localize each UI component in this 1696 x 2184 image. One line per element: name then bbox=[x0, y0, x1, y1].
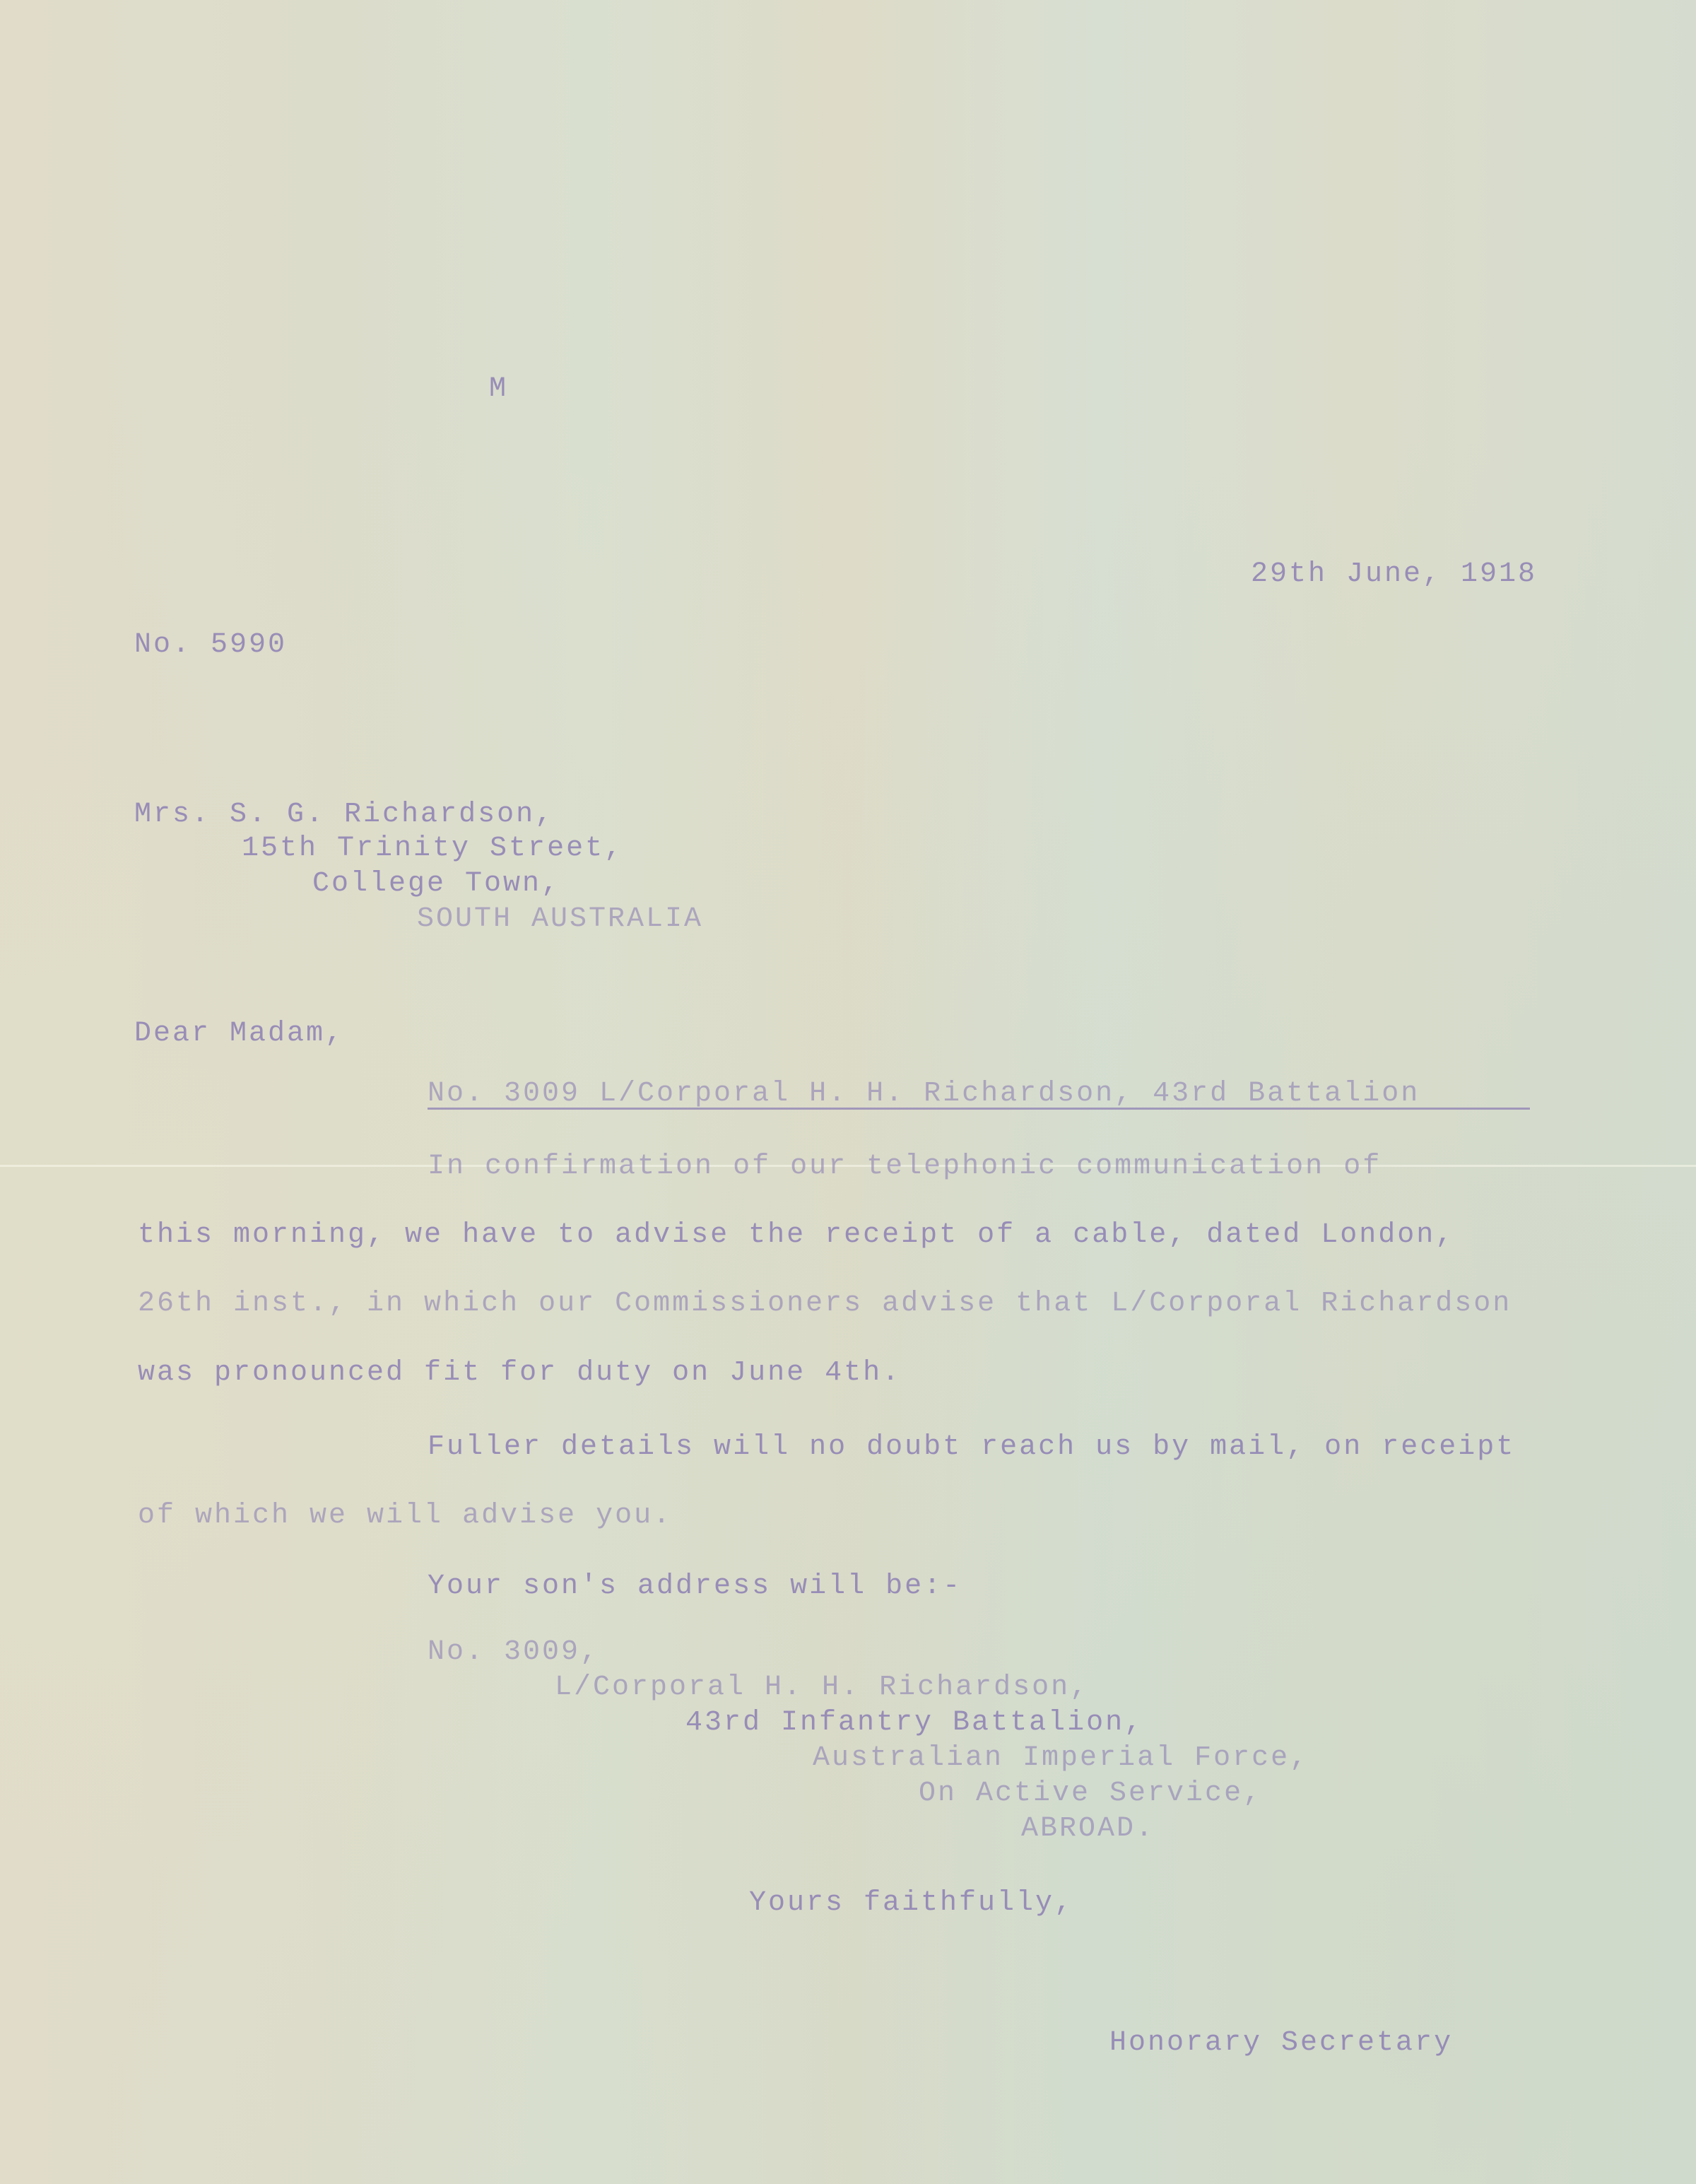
body-line: of which we will advise you. bbox=[138, 1500, 672, 1532]
recipient-name: Mrs. S. G. Richardson, bbox=[134, 799, 554, 830]
body-line: was pronounced fit for duty on June 4th. bbox=[138, 1357, 901, 1389]
recipient-town: College Town, bbox=[312, 868, 560, 900]
soldier-unit: 43rd Infantry Battalion, bbox=[685, 1707, 1143, 1739]
soldier-location: ABROAD. bbox=[1021, 1813, 1155, 1845]
letter-date: 29th June, 1918 bbox=[1251, 558, 1537, 590]
body-line: this morning, we have to advise the rece… bbox=[138, 1219, 1454, 1251]
reference-number: No. 5990 bbox=[134, 629, 287, 661]
body-line: 26th inst., in which our Commissioners a… bbox=[138, 1288, 1512, 1320]
closing: Yours faithfully, bbox=[749, 1887, 1073, 1919]
subject-underline bbox=[428, 1108, 1530, 1110]
soldier-service: On Active Service, bbox=[919, 1778, 1262, 1809]
file-mark: M bbox=[489, 373, 508, 405]
body-line: Fuller details will no doubt reach us by… bbox=[428, 1431, 1515, 1463]
subject-line: No. 3009 L/Corporal H. H. Richardson, 43… bbox=[428, 1078, 1420, 1110]
soldier-name: L/Corporal H. H. Richardson, bbox=[555, 1672, 1089, 1703]
soldier-number: No. 3009, bbox=[428, 1636, 599, 1668]
letter-page: M 29th June, 1918 No. 5990 Mrs. S. G. Ri… bbox=[0, 0, 1696, 2184]
recipient-state: SOUTH AUSTRALIA bbox=[417, 903, 703, 935]
body-line: In confirmation of our telephonic commun… bbox=[428, 1151, 1382, 1182]
signatory-title: Honorary Secretary bbox=[1109, 2027, 1453, 2059]
body-paragraph-3: Your son's address will be:- bbox=[428, 1571, 962, 1602]
recipient-street: 15th Trinity Street, bbox=[242, 833, 623, 864]
soldier-force: Australian Imperial Force, bbox=[813, 1742, 1309, 1774]
salutation: Dear Madam, bbox=[134, 1018, 344, 1050]
